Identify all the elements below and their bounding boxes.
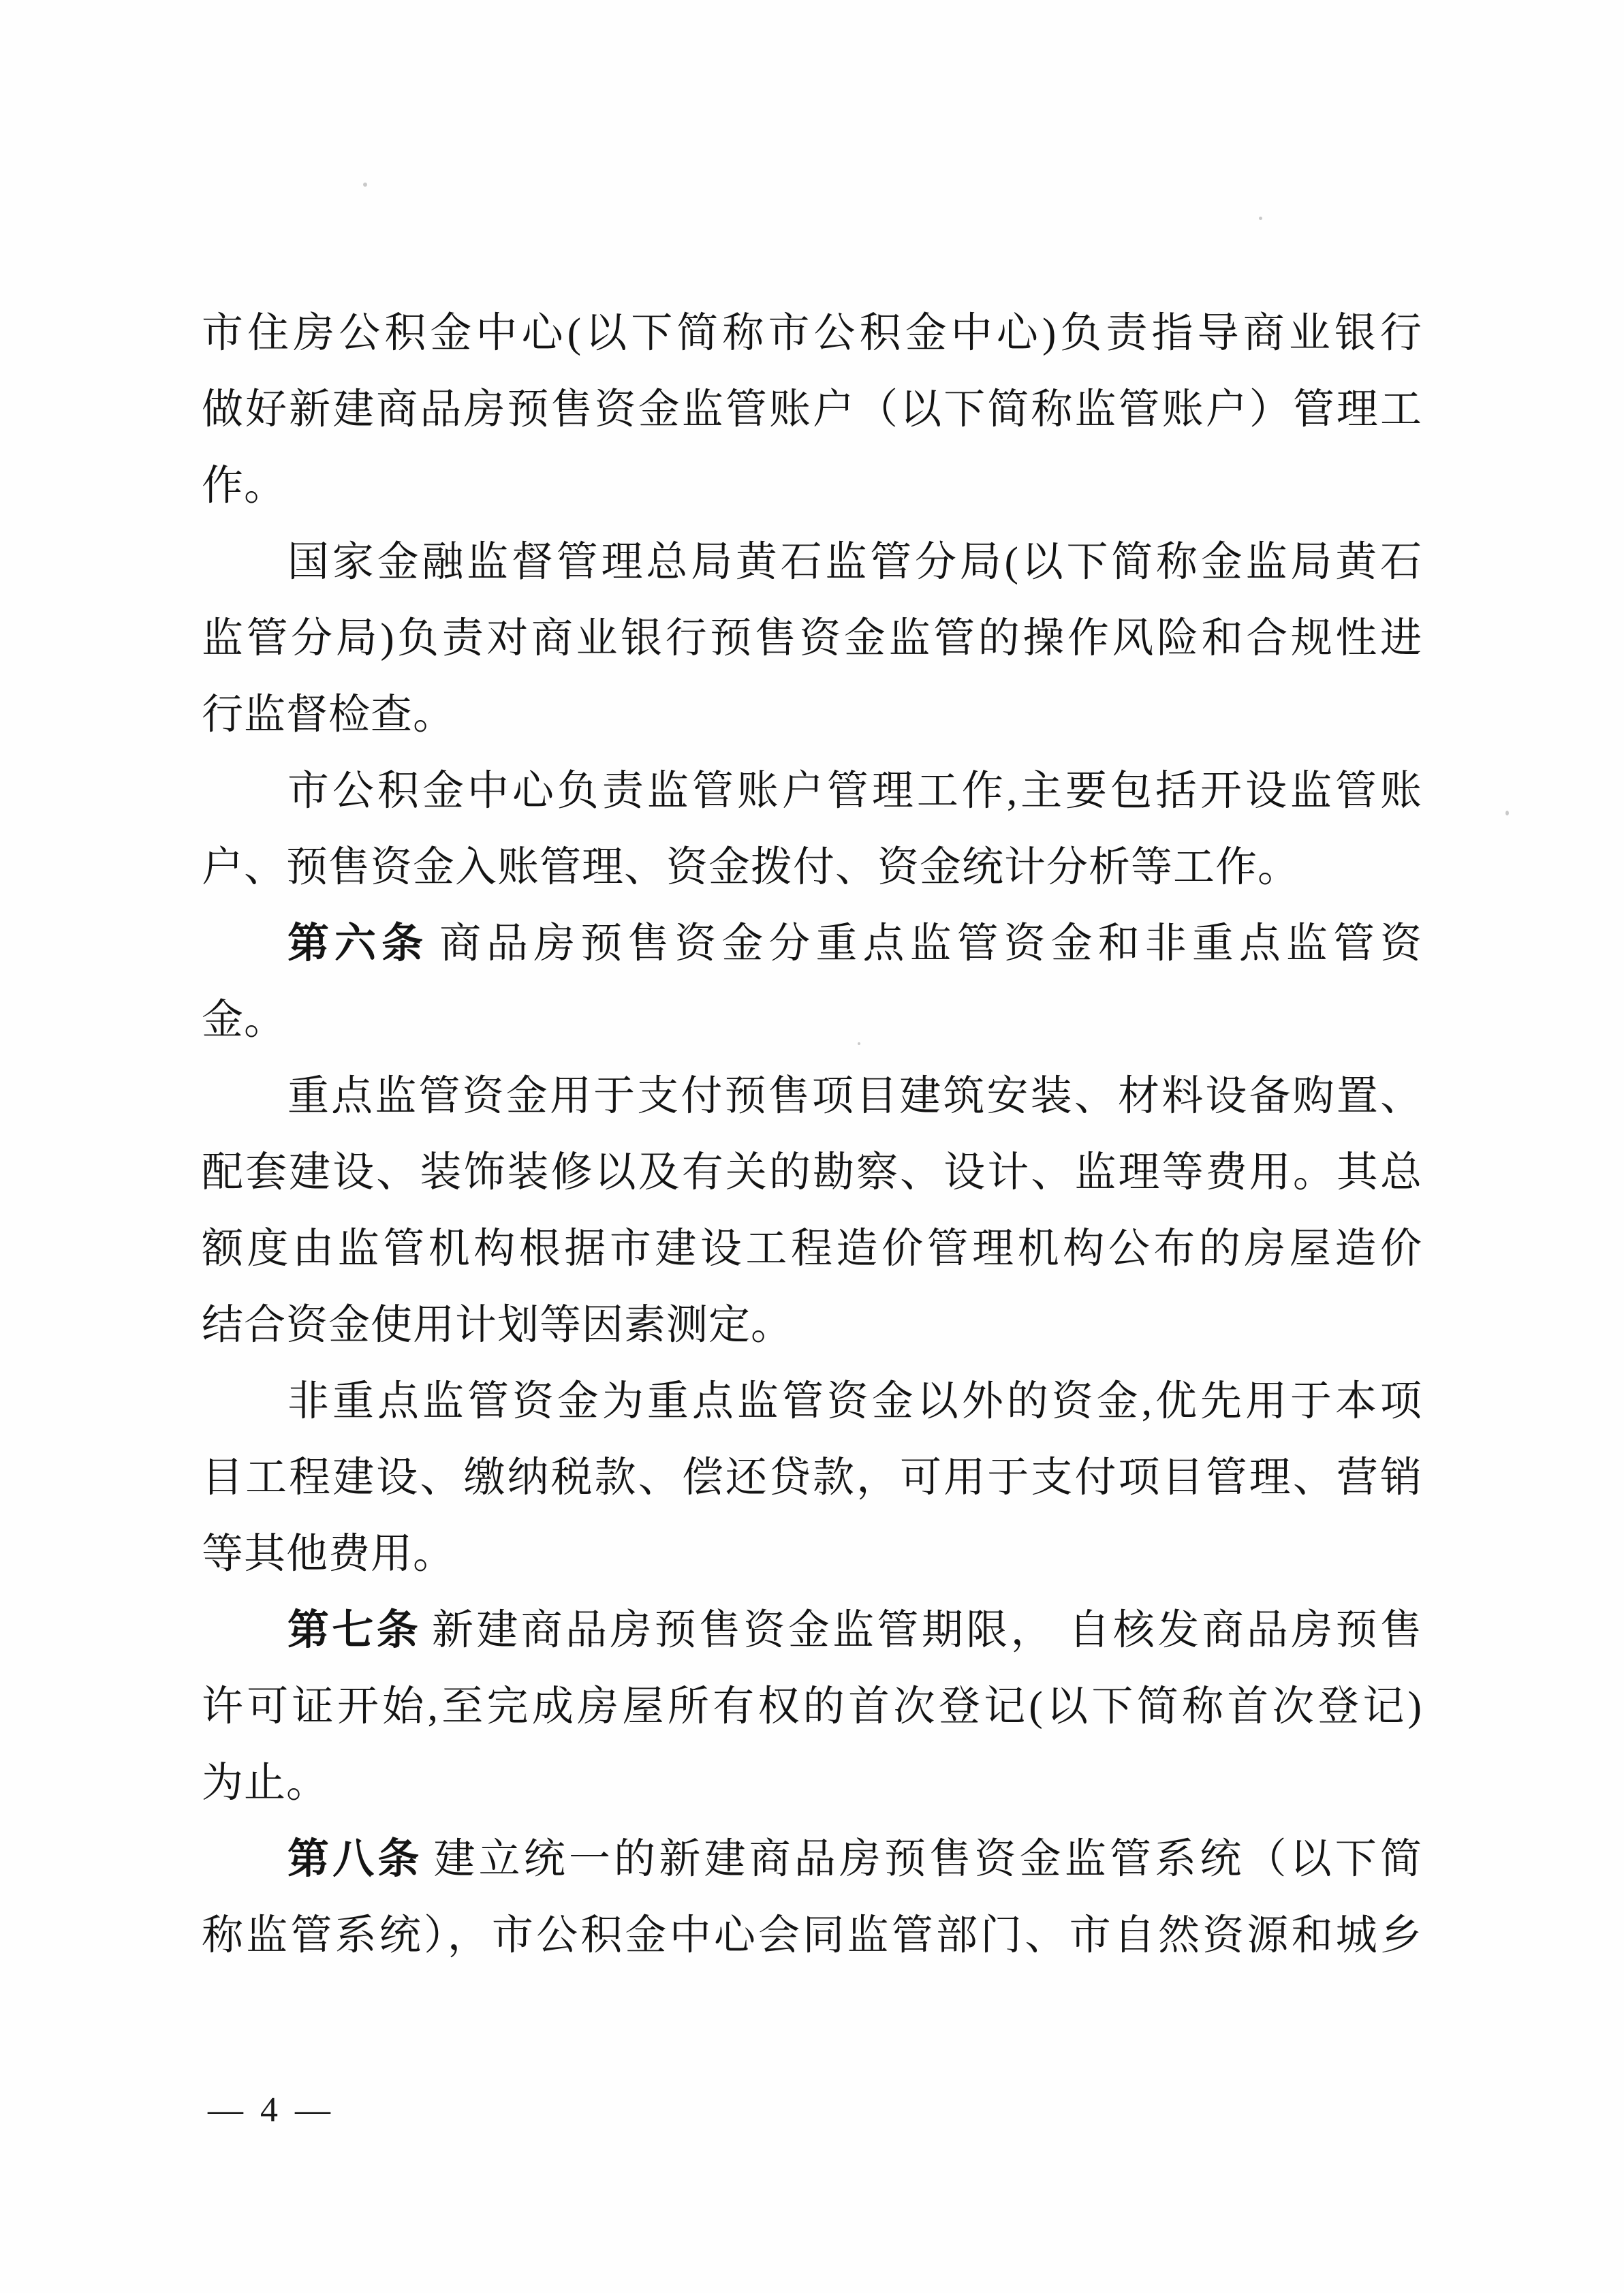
text-line: 等其他费用。: [202, 1516, 1422, 1593]
text-line: 金。: [202, 982, 1422, 1059]
text-line: 市住房公积金中心(以下简称市公积金中心)负责指导商业银行: [202, 296, 1422, 372]
scanned-document-page: 市住房公积金中心(以下简称市公积金中心)负责指导商业银行做好新建商品房预售资金监…: [0, 0, 1624, 2293]
scan-artifact: [1259, 217, 1262, 220]
text-line: 重点监管资金用于支付预售项目建筑安装、材料设备购置、: [202, 1059, 1422, 1135]
text-line: 行监督检查。: [202, 677, 1422, 753]
text-line: 目工程建设、缴纳税款、偿还贷款，可用于支付项目管理、营销: [202, 1440, 1422, 1516]
text-line: 结合资金使用计划等因素测定。: [202, 1288, 1422, 1364]
text-line: 为止。: [202, 1745, 1422, 1822]
scan-artifact: [363, 183, 367, 187]
text-line: 第八条建立统一的新建商品房预售资金监管系统（以下简: [202, 1822, 1422, 1898]
article-number: 第七条: [287, 1608, 421, 1653]
text-line: 市公积金中心负责监管账户管理工作,主要包括开设监管账: [202, 753, 1422, 830]
text-line: 第七条新建商品房预售资金监管期限， 自核发商品房预售: [202, 1593, 1422, 1669]
text-line: 作。: [202, 448, 1422, 525]
text-line: 监管分局)负责对商业银行预售资金监管的操作风险和合规性进: [202, 601, 1422, 677]
text-line: 许可证开始,至完成房屋所有权的首次登记(以下简称首次登记): [202, 1669, 1422, 1745]
text-line: 称监管系统），市公积金中心会同监管部门、市自然资源和城乡: [202, 1898, 1422, 1974]
text-line: 配套建设、装饰装修以及有关的勘察、设计、监理等费用。其总: [202, 1135, 1422, 1211]
text-line: 非重点监管资金为重点监管资金以外的资金,优先用于本项: [202, 1364, 1422, 1440]
text-line: 户、预售资金入账管理、资金拨付、资金统计分析等工作。: [202, 830, 1422, 906]
page-number: — 4 —: [208, 2090, 334, 2131]
text-block: 市住房公积金中心(以下简称市公积金中心)负责指导商业银行做好新建商品房预售资金监…: [202, 296, 1422, 1974]
text-line: 国家金融监督管理总局黄石监管分局(以下简称金监局黄石: [202, 525, 1422, 601]
text-line: 第六条商品房预售资金分重点监管资金和非重点监管资: [202, 906, 1422, 982]
text-line: 额度由监管机构根据市建设工程造价管理机构公布的房屋造价: [202, 1211, 1422, 1288]
article-number: 第八条: [287, 1837, 423, 1882]
scan-artifact: [1505, 811, 1509, 815]
text-line: 做好新建商品房预售资金监管账户（以下简称监管账户）管理工: [202, 372, 1422, 448]
article-number: 第六条: [287, 921, 428, 967]
